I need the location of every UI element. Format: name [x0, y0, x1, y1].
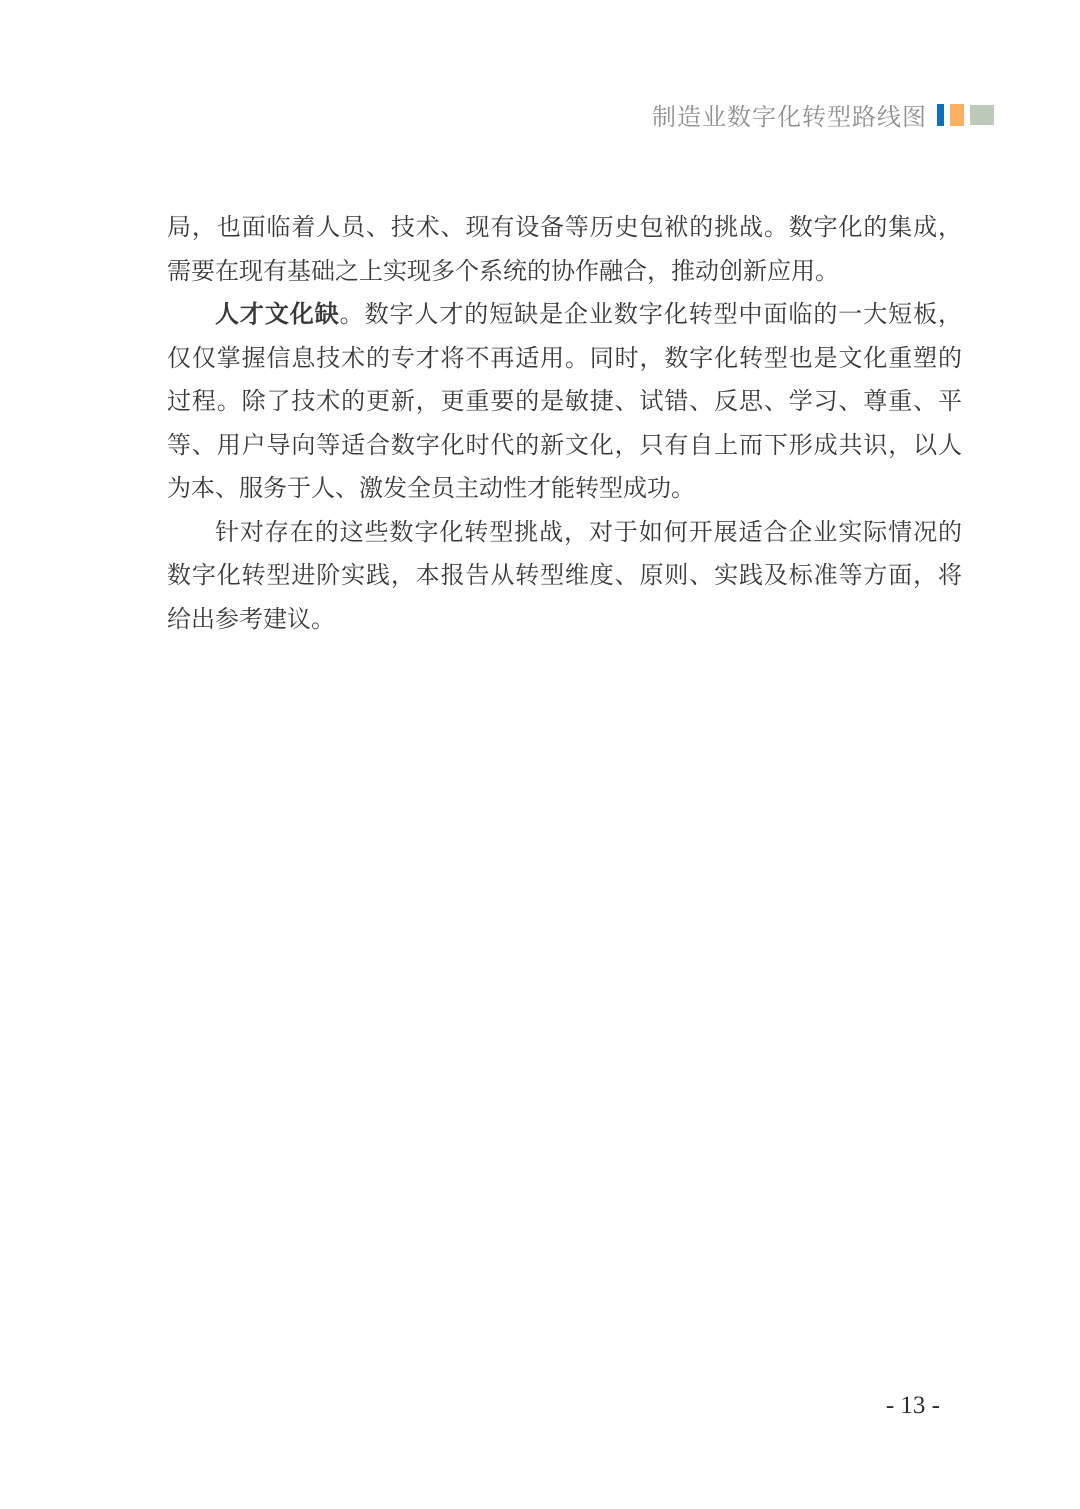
paragraph-2-line-2: 仅仅掌握信息技术的专才将不再适用。同时，数字化转型也是文化重塑的 — [167, 337, 962, 381]
page-header: 制造业数字化转型路线图 — [652, 97, 994, 132]
paragraph-1-line-1: 局，也面临着人员、技术、现有设备等历史包袱的挑战。数字化的集成， — [167, 206, 962, 250]
page-body: 局，也面临着人员、技术、现有设备等历史包袱的挑战。数字化的集成， 需要在现有基础… — [167, 206, 962, 641]
paragraph-1-line-2: 需要在现有基础之上实现多个系统的协作融合，推动创新应用。 — [167, 250, 962, 294]
paragraph-3-line-3: 给出参考建议。 — [167, 598, 962, 642]
paragraph-2-line-5: 为本、服务于人、激发全员主动性才能转型成功。 — [167, 467, 962, 511]
green-square-icon — [970, 105, 994, 125]
paragraph-2-line-1-rest: 。数字人才的短缺是企业数字化转型中面临的一大短板， — [340, 301, 962, 328]
paragraph-3-line-2: 数字化转型进阶实践，本报告从转型维度、原则、实践及标准等方面，将 — [167, 554, 962, 598]
page-number: - 13 - — [886, 1392, 940, 1419]
document-page: 制造业数字化转型路线图 局，也面临着人员、技术、现有设备等历史包袱的挑战。数字化… — [0, 0, 1080, 1509]
paragraph-3-line-1: 针对存在的这些数字化转型挑战，对于如何开展适合企业实际情况的 — [167, 511, 962, 555]
paragraph-2-line-3: 过程。除了技术的更新，更重要的是敏捷、试错、反思、学习、尊重、平 — [167, 380, 962, 424]
header-title: 制造业数字化转型路线图 — [652, 97, 927, 132]
paragraph-2-line-1: 人才文化缺。数字人才的短缺是企业数字化转型中面临的一大短板， — [167, 293, 962, 337]
blue-square-icon — [937, 104, 944, 126]
orange-square-icon — [950, 104, 964, 126]
paragraph-2-lead: 人才文化缺 — [215, 301, 340, 328]
page-footer: - 13 - — [886, 1392, 940, 1420]
paragraph-2-line-4: 等、用户导向等适合数字化时代的新文化，只有自上而下形成共识，以人 — [167, 424, 962, 468]
